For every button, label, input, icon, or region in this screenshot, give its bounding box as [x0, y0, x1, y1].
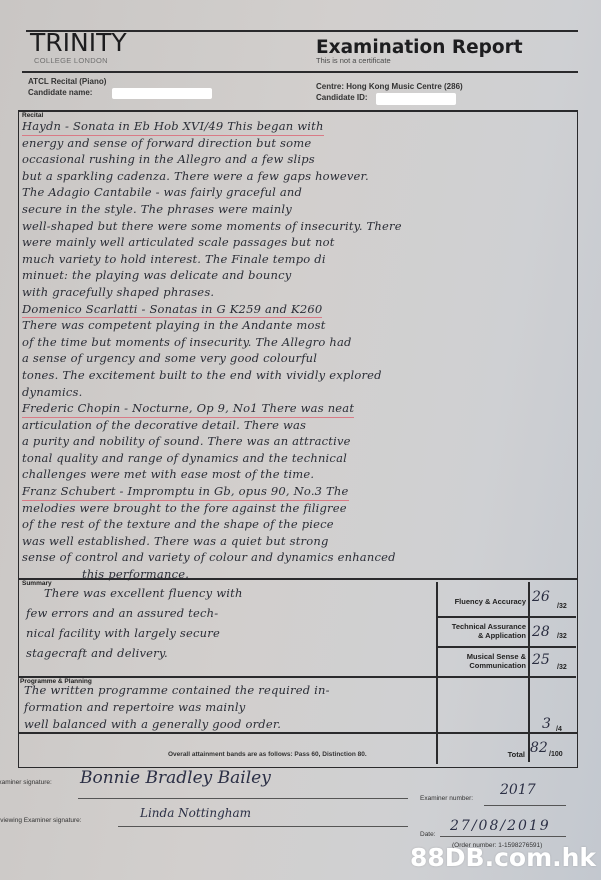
programme-score: 3: [542, 716, 551, 732]
score-grid-mid: [528, 582, 530, 762]
examiner-number-label: Examiner number:: [420, 795, 473, 802]
recital-line: tones. The excitement built to the end w…: [22, 367, 402, 384]
recital-comments: Haydn - Sonata in Eb Hob XVI/49 This beg…: [22, 118, 402, 583]
musical-max: /32: [557, 664, 567, 671]
programme-line: formation and repertoire was mainly: [24, 699, 330, 716]
recital-line: of the rest of the texture and the shape…: [22, 516, 402, 533]
candidate-name-label: Candidate name:: [28, 88, 92, 97]
page-title: Examination Report: [316, 37, 523, 58]
piece-title-schubert: Franz Schubert - Impromptu in Gb, opus 9…: [22, 483, 349, 501]
score-grid-left: [436, 582, 438, 732]
recital-line: tonal quality and range of dynamics and …: [22, 450, 402, 467]
recital-line: There was competent playing in the Andan…: [22, 317, 402, 334]
musical-label-line2: Communication: [440, 661, 526, 670]
page-subtitle: This is not a certificate: [316, 56, 391, 65]
score-row-rule-1: [436, 616, 576, 618]
score-row-rule-2: [436, 646, 576, 648]
watermark: 88DB.com.hk: [410, 843, 596, 872]
recital-line: articulation of the decorative detail. T…: [22, 417, 402, 434]
recital-line: challenges were met with ease most of th…: [22, 466, 402, 483]
candidate-id-label: Candidate ID:: [316, 93, 368, 102]
candidate-id-redacted: [376, 93, 456, 105]
score-row-rule-3: [436, 676, 576, 678]
summary-line: nical facility with largely secure: [26, 623, 243, 643]
reviewing-signature: Linda Nottingham: [140, 806, 251, 820]
recital-line: occasional rushing in the Allegro and a …: [22, 151, 402, 168]
candidate-name-redacted: [112, 88, 212, 99]
programme-line: The written programme contained the requ…: [24, 682, 330, 699]
total-grid-left: [436, 732, 438, 764]
examiner-number: 2017: [500, 782, 536, 798]
technical-max: /32: [557, 633, 567, 640]
exam-name: ATCL Recital (Piano): [28, 77, 106, 86]
recital-line: minuet: the playing was delicate and bou…: [22, 267, 402, 284]
total-max: /100: [549, 751, 563, 758]
piece-title-scarlatti: Domenico Scarlatti - Sonatas in G K259 a…: [22, 301, 322, 319]
date-value: 27/08/2019: [450, 818, 551, 834]
recital-line: with gracefully shaped phrases.: [22, 284, 402, 301]
technical-label-line1: Technical Assurance: [440, 622, 526, 631]
recital-line: well-shaped but there were some moments …: [22, 218, 402, 235]
centre: Centre: Hong Kong Music Centre (286): [316, 82, 463, 91]
technical-label: Technical Assurance & Application: [440, 622, 526, 640]
total-label: Total: [490, 750, 525, 759]
recital-line: The Adagio Cantabile - was fairly gracef…: [22, 184, 402, 201]
bands-note: Overall attainment bands are as follows:…: [168, 751, 367, 758]
musical-label: Musical Sense & Communication: [440, 652, 526, 670]
piece-title-chopin: Frederic Chopin - Nocturne, Op 9, No1 Th…: [22, 400, 354, 418]
total-score: 82: [530, 740, 548, 756]
programme-comments: The written programme contained the requ…: [24, 682, 330, 733]
recital-line: dynamics.: [22, 384, 402, 401]
technical-label-line2: & Application: [440, 631, 526, 640]
header-rule: [22, 71, 578, 73]
examiner-signature-line: [78, 798, 408, 799]
examiner-number-line: [484, 805, 566, 806]
examiner-signature: Bonnie Bradley Bailey: [80, 768, 271, 788]
reviewing-signature-line: [118, 826, 408, 827]
recital-line: a sense of urgency and some very good co…: [22, 350, 402, 367]
summary-line: There was excellent fluency with: [26, 583, 243, 603]
date-line: [440, 836, 566, 837]
technical-score: 28: [532, 624, 550, 640]
recital-line: sense of control and variety of colour a…: [22, 549, 402, 566]
recital-line: this performance.: [22, 566, 402, 583]
summary-line: few errors and an assured tech-: [26, 603, 243, 623]
programme-line: well balanced with a generally good orde…: [24, 716, 330, 733]
fluency-score: 26: [532, 589, 550, 605]
recital-line: were mainly well articulated scale passa…: [22, 234, 402, 251]
recital-line: energy and sense of forward direction bu…: [22, 135, 402, 152]
recital-line: was well established. There was a quiet …: [22, 533, 402, 550]
fluency-label: Fluency & Accuracy: [440, 597, 526, 606]
logo-subtitle: COLLEGE LONDON: [34, 56, 108, 65]
recital-line: secure in the style. The phrases were ma…: [22, 201, 402, 218]
examiner-signature-label: Examiner signature:: [0, 779, 52, 786]
recital-line: melodies were brought to the fore agains…: [22, 500, 402, 517]
total-top-rule: [18, 732, 578, 734]
recital-line: but a sparkling cadenza. There were a fe…: [22, 168, 402, 185]
recital-line: of the time but moments of insecurity. T…: [22, 334, 402, 351]
date-label: Date:: [420, 831, 436, 838]
musical-label-line1: Musical Sense &: [440, 652, 526, 661]
musical-score: 25: [532, 652, 550, 668]
summary-line: stagecraft and delivery.: [26, 643, 243, 663]
piece-title-haydn: Haydn - Sonata in Eb Hob XVI/49 This beg…: [22, 118, 324, 136]
recital-line: much variety to hold interest. The Final…: [22, 251, 402, 268]
trinity-logo: TRINITY: [30, 30, 127, 56]
reviewing-signature-label: Reviewing Examiner signature:: [0, 817, 82, 824]
fluency-max: /32: [557, 603, 567, 610]
summary-comments: There was excellent fluency with few err…: [26, 583, 243, 663]
summary-rule: [18, 578, 578, 580]
recital-line: a purity and nobility of sound. There wa…: [22, 433, 402, 450]
